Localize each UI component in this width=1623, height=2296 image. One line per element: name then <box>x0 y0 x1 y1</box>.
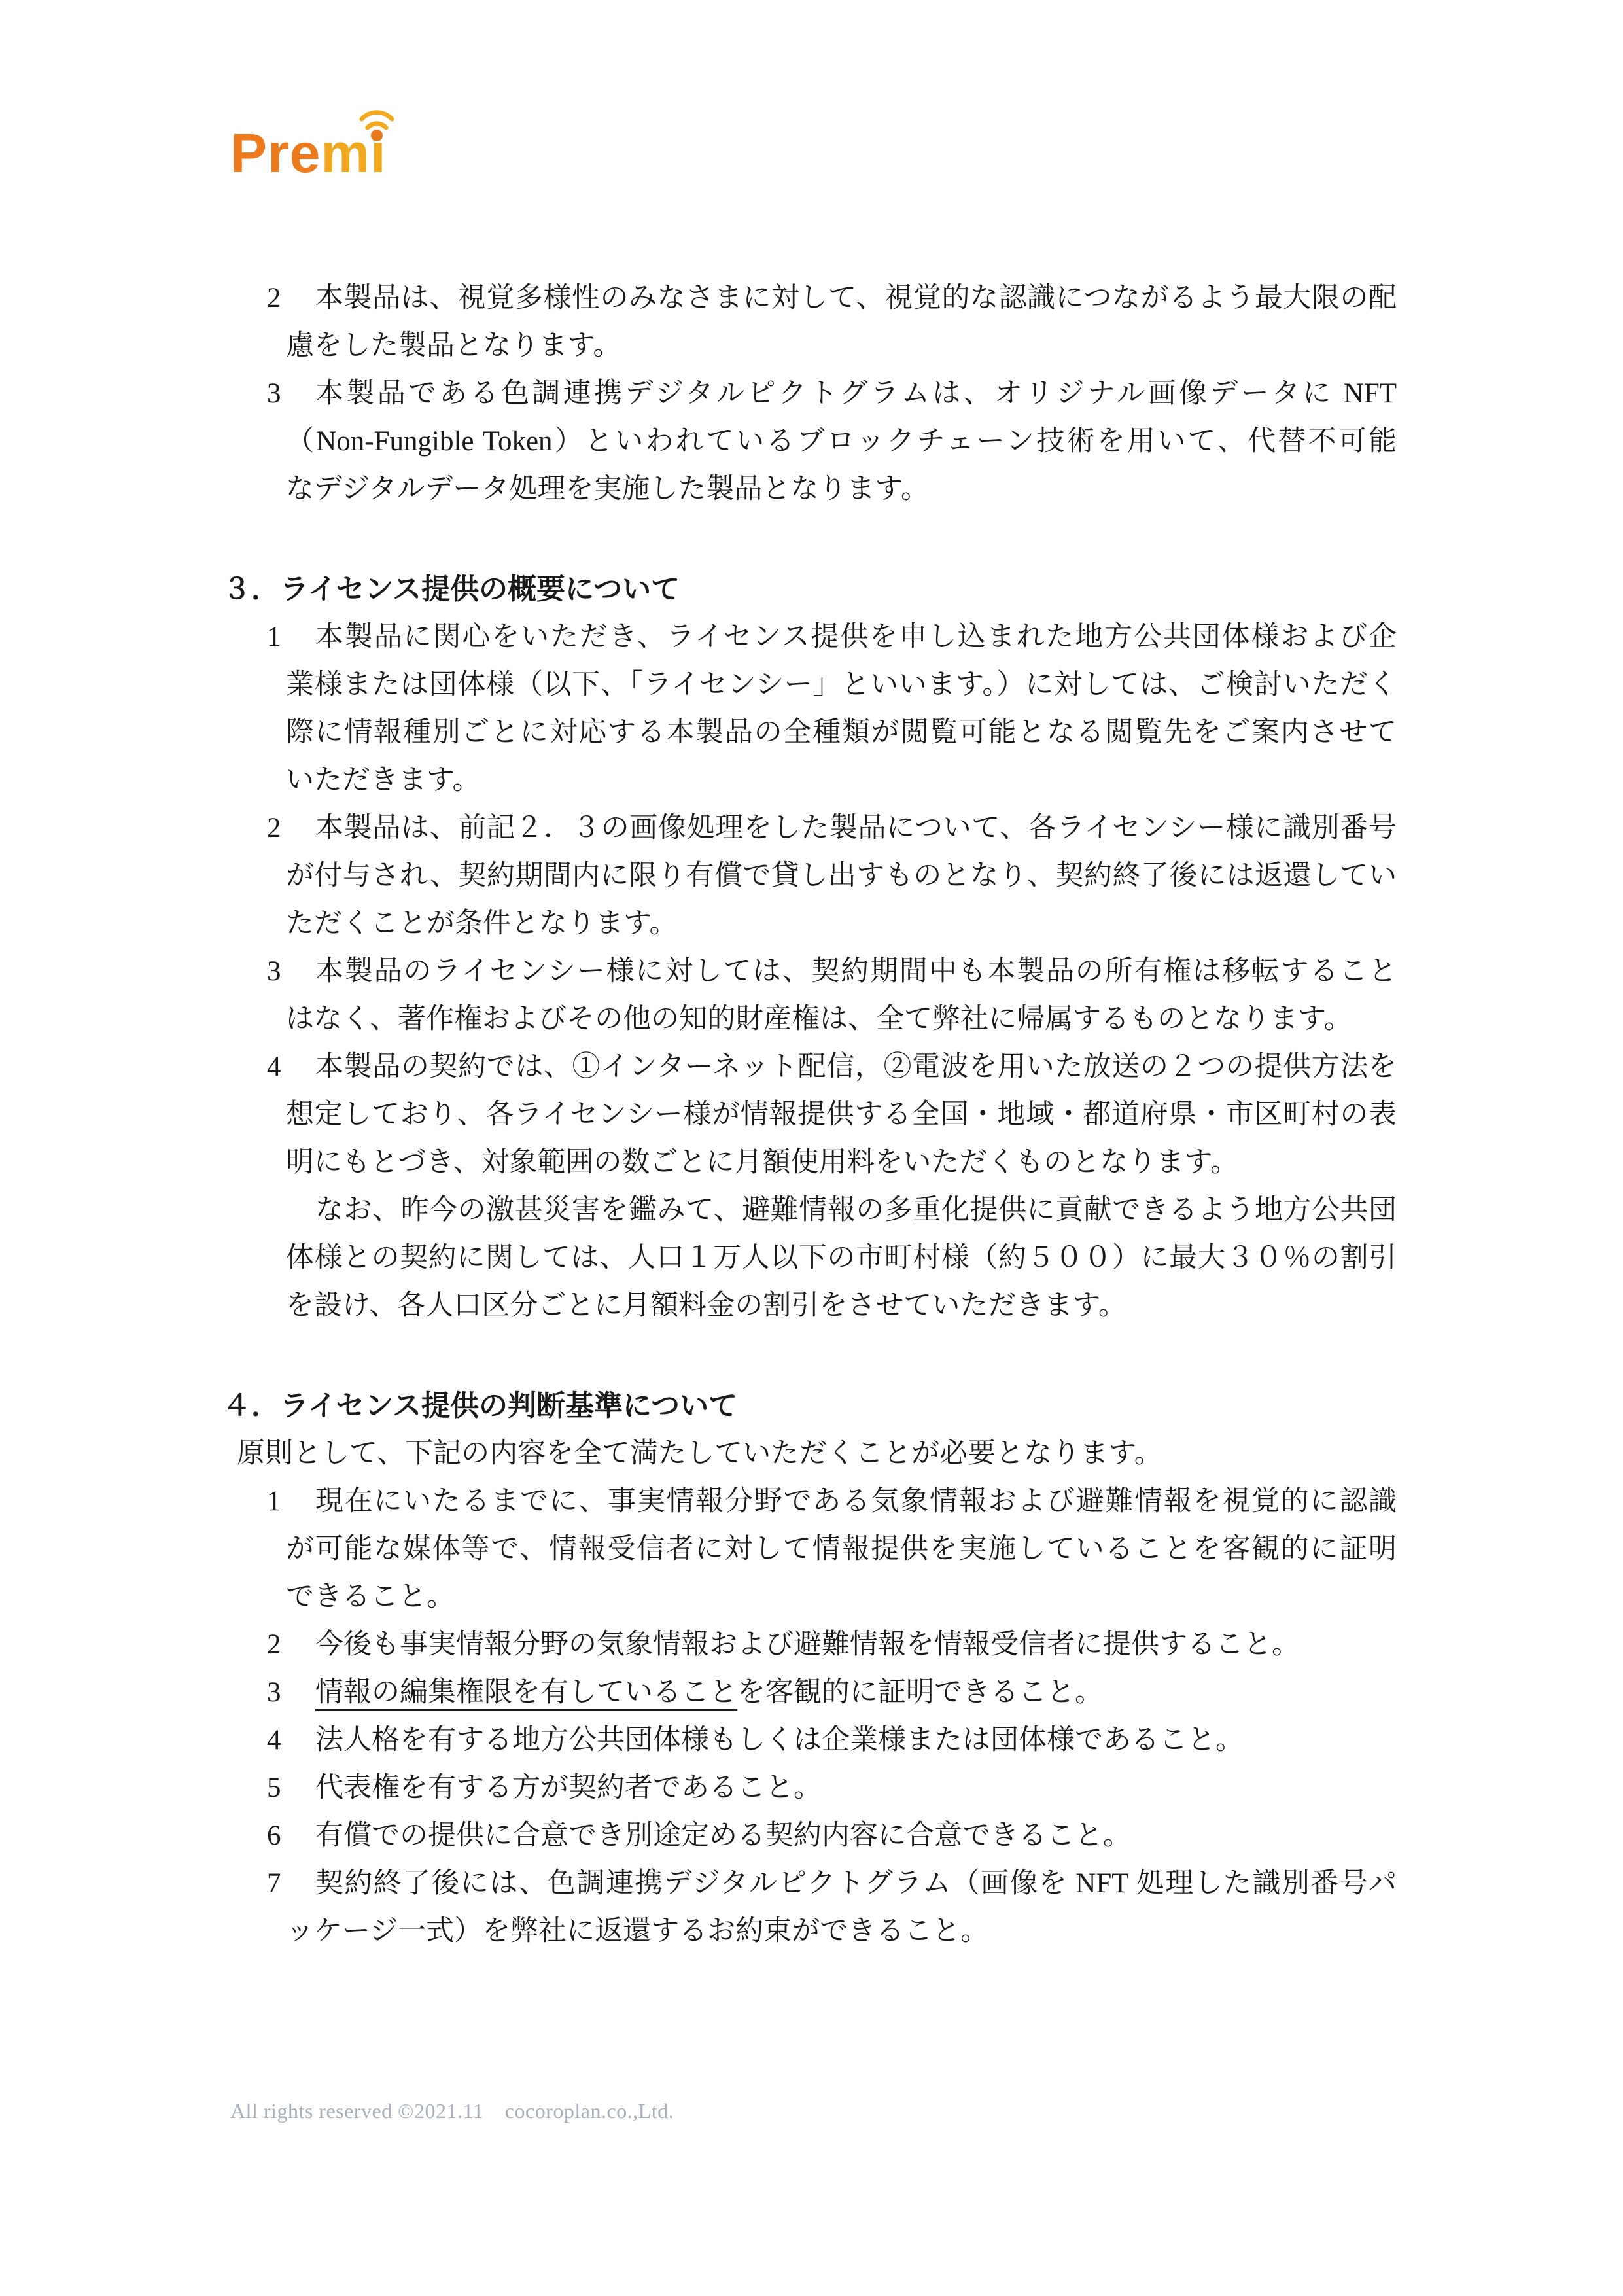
numbered-item: 3情報の編集権限を有していることを客観的に証明できること。 <box>286 1669 1397 1716</box>
text-line: できること。 <box>286 1573 1397 1621</box>
item-number: 1 <box>267 1477 297 1525</box>
section-3-heading: ３．ライセンス提供の概要について <box>222 565 1397 613</box>
numbered-item: 5代表権を有する方が契約者であること。 <box>286 1764 1397 1812</box>
text-line: 契約終了後には、色調連携デジタルピクトグラム（画像を NFT 処理した識別番号パ <box>286 1860 1397 1907</box>
text-line: 慮をした製品となります。 <box>286 322 1397 370</box>
item-number: 2 <box>267 1621 297 1669</box>
numbered-item: 6有償での提供に合意でき別途定める契約内容に合意できること。 <box>286 1812 1397 1860</box>
text-line: なデジタルデータ処理を実施した製品となります。 <box>286 465 1397 513</box>
section-license-overview: ３．ライセンス提供の概要について 1本製品に関心をいただき、ライセンス提供を申し… <box>286 565 1397 1330</box>
text-line: 情報の編集権限を有していることを客観的に証明できること。 <box>286 1669 1397 1716</box>
item-number: 2 <box>267 274 297 322</box>
wifi-arc-inner <box>368 124 386 128</box>
text-line: 現在にいたるまでに、事実情報分野である気象情報および避難情報を視覚的に認識 <box>286 1477 1397 1525</box>
item-number: 3 <box>267 947 297 995</box>
text-line: が可能な媒体等で、情報受信者に対して情報提供を実施していることを客観的に証明 <box>286 1525 1397 1573</box>
text-line: はなく、著作権およびその他の知的財産権は、全て弊社に帰属するものとなります。 <box>286 995 1397 1043</box>
footer-copyright: All rights reserved ©2021.11 cocoroplan.… <box>230 2098 674 2124</box>
numbered-item: 3本製品である色調連携デジタルピクトグラムは、オリジナル画像データに NFT（N… <box>286 370 1397 513</box>
text-line: 業様または団体様（以下、「ライセンシー」といいます。）に対しては、ご検討いただく <box>286 661 1397 709</box>
item-number: 5 <box>267 1764 297 1812</box>
numbered-item: 7契約終了後には、色調連携デジタルピクトグラム（画像を NFT 処理した識別番号… <box>286 1860 1397 1955</box>
item-number: 4 <box>267 1043 297 1091</box>
logo-text-pre: Pre <box>230 122 321 184</box>
item-number: 7 <box>267 1860 297 1907</box>
text-line: 体様との契約に関しては、人口１万人以下の市町村様（約５００）に最大３０％の割引 <box>286 1234 1397 1282</box>
premi-logo: Premı <box>230 126 386 181</box>
text-line: 本製品の契約では、①インターネット配信，②電波を用いた放送の２つの提供方法を <box>286 1043 1397 1091</box>
text-line: 本製品である色調連携デジタルピクトグラムは、オリジナル画像データに NFT <box>286 370 1397 417</box>
text-line: 代表権を有する方が契約者であること。 <box>286 1764 1397 1812</box>
section-4-items: 1現在にいたるまでに、事実情報分野である気象情報および避難情報を視覚的に認識が可… <box>286 1477 1397 1955</box>
section-4-intro: 原則として、下記の内容を全て満たしていただくことが必要となります。 <box>237 1430 1397 1477</box>
numbered-item: 2本製品は、前記２．３の画像処理をした製品について、各ライセンシー様に識別番号が… <box>286 804 1397 947</box>
numbered-item: 4本製品の契約では、①インターネット配信，②電波を用いた放送の２つの提供方法を想… <box>286 1043 1397 1186</box>
wifi-arc-outer <box>362 113 392 119</box>
numbered-item: 1本製品に関心をいただき、ライセンス提供を申し込まれた地方公共団体様および企業様… <box>286 613 1397 804</box>
text-line: ッケージ一式）を弊社に返還するお約束ができること。 <box>286 1907 1397 1955</box>
item-number: 1 <box>267 613 297 661</box>
text-line: 法人格を有する地方公共団体様もしくは企業様または団体様であること。 <box>286 1716 1397 1764</box>
numbered-item: 2今後も事実情報分野の気象情報および避難情報を情報受信者に提供すること。 <box>286 1621 1397 1669</box>
numbered-item: 4法人格を有する地方公共団体様もしくは企業様または団体様であること。 <box>286 1716 1397 1764</box>
text-line: 本製品は、前記２．３の画像処理をした製品について、各ライセンシー様に識別番号 <box>286 804 1397 852</box>
wifi-signal-icon <box>358 102 395 141</box>
numbered-item: 1現在にいたるまでに、事実情報分野である気象情報および避難情報を視覚的に認識が可… <box>286 1477 1397 1621</box>
text-line: 本製品は、視覚多様性のみなさまに対して、視覚的な認識につながるよう最大限の配 <box>286 274 1397 322</box>
text-line: を設け、各人口区分ごとに月額料金の割引をさせていただきます。 <box>286 1282 1397 1330</box>
section-3-items: 1本製品に関心をいただき、ライセンス提供を申し込まれた地方公共団体様および企業様… <box>286 613 1397 1330</box>
text-line: 有償での提供に合意でき別途定める契約内容に合意できること。 <box>286 1812 1397 1860</box>
text-line: いただきます。 <box>286 756 1397 804</box>
text-line: なお、昨今の激甚災害を鑑みて、避難情報の多重化提供に貢献できるよう地方公共団 <box>286 1186 1397 1234</box>
text-line: が付与され、契約期間内に限り有償で貸し出すものとなり、契約終了後には返還してい <box>286 852 1397 900</box>
carryover-items: 2本製品は、視覚多様性のみなさまに対して、視覚的な認識につながるよう最大限の配慮… <box>286 274 1397 513</box>
section-license-criteria: ４．ライセンス提供の判断基準について 原則として、下記の内容を全て満たしていただ… <box>286 1382 1397 1955</box>
item-number: 4 <box>267 1716 297 1764</box>
item-number: 3 <box>267 370 297 417</box>
item-number: 6 <box>267 1812 297 1860</box>
text-line: 本製品に関心をいただき、ライセンス提供を申し込まれた地方公共団体様および企 <box>286 613 1397 661</box>
item-number: 2 <box>267 804 297 852</box>
text-line: （Non-Fungible Token）といわれているブロックチェーン技術を用い… <box>286 417 1397 465</box>
text-line: 想定しており、各ライセンシー様が情報提供する全国・地域・都道府県・市区町村の表 <box>286 1091 1397 1139</box>
numbered-item: 3本製品のライセンシー様に対しては、契約期間中も本製品の所有権は移転することはな… <box>286 947 1397 1043</box>
document-body: 2本製品は、視覚多様性のみなさまに対して、視覚的な認識につながるよう最大限の配慮… <box>286 274 1397 1955</box>
section-4-heading: ４．ライセンス提供の判断基準について <box>222 1382 1397 1430</box>
text-line: 際に情報種別ごとに対応する本製品の全種類が閲覧可能となる閲覧先をご案内させて <box>286 709 1397 756</box>
text-line: 今後も事実情報分野の気象情報および避難情報を情報受信者に提供すること。 <box>286 1621 1397 1669</box>
numbered-item: 2本製品は、視覚多様性のみなさまに対して、視覚的な認識につながるよう最大限の配慮… <box>286 274 1397 370</box>
note-paragraph: なお、昨今の激甚災害を鑑みて、避難情報の多重化提供に貢献できるよう地方公共団体様… <box>286 1186 1397 1330</box>
text-line: 本製品のライセンシー様に対しては、契約期間中も本製品の所有権は移転すること <box>286 947 1397 995</box>
wifi-dot <box>371 130 383 141</box>
text-line: ただくことが条件となります。 <box>286 900 1397 947</box>
underlined-text: 情報の編集権限を有していること <box>315 1677 737 1708</box>
text-line: 明にもとづき、対象範囲の数ごとに月額使用料をいただくものとなります。 <box>286 1139 1397 1186</box>
item-number: 3 <box>267 1669 297 1716</box>
